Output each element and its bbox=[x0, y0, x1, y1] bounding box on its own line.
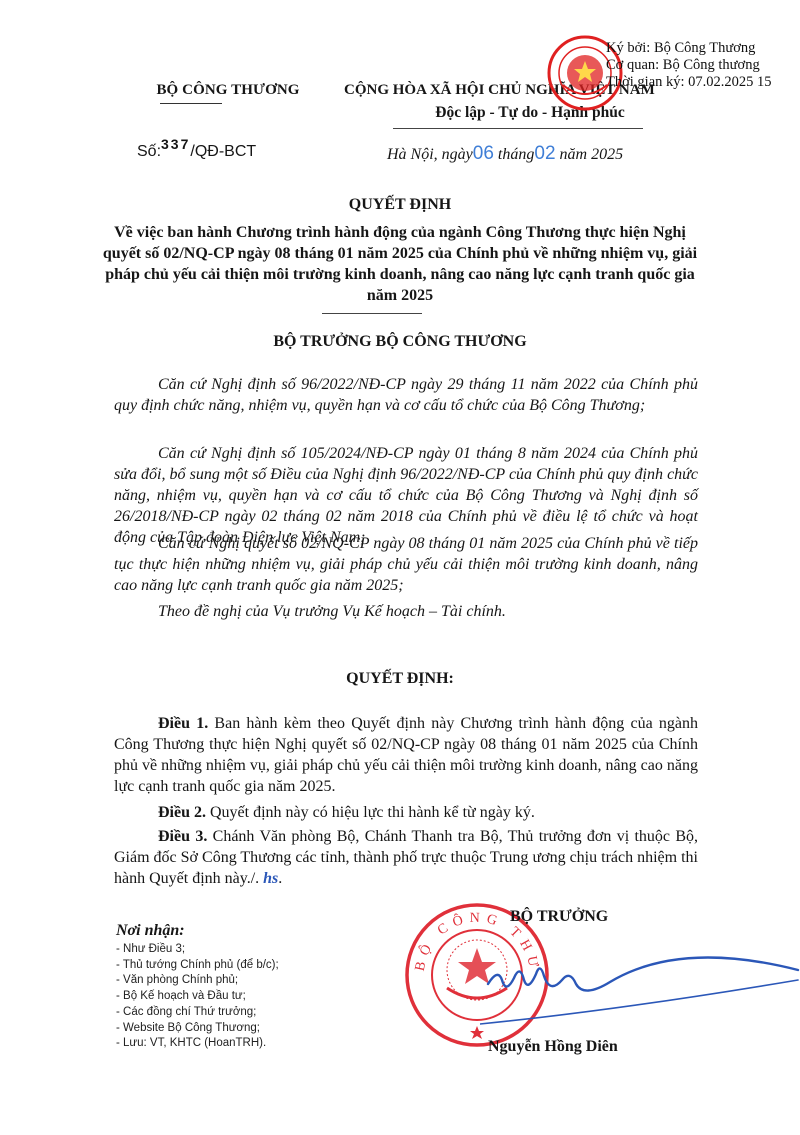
digital-signature-info: Ký bởi: Bộ Công Thương Cơ quan: Bộ Công … bbox=[606, 40, 772, 91]
recipient-item: - Website Bộ Công Thương; bbox=[116, 1021, 279, 1037]
signed-by: Ký bởi: Bộ Công Thương bbox=[606, 40, 772, 57]
signing-time: Thời gian ký: 07.02.2025 15 bbox=[606, 74, 772, 91]
issuing-authority: BỘ TRƯỞNG BỘ CÔNG THƯƠNG bbox=[0, 333, 800, 351]
issuing-organization: BỘ CÔNG THƯƠNG bbox=[118, 82, 338, 99]
preamble-paragraph: Căn cứ Nghị định số 96/2022/NĐ-CP ngày 2… bbox=[114, 374, 698, 416]
preamble-paragraph: Theo đề nghị của Vụ trưởng Vụ Kế hoạch –… bbox=[114, 601, 698, 622]
doc-number-label: Số: bbox=[137, 143, 161, 160]
article-label: Điều 1. bbox=[158, 715, 208, 732]
article-2: Điều 2. Quyết định này có hiệu lực thi h… bbox=[114, 802, 698, 823]
article-label: Điều 3. bbox=[158, 828, 207, 845]
signer-title: BỘ TRƯỞNG bbox=[510, 908, 608, 926]
date-month-label: tháng bbox=[498, 146, 534, 163]
date-day: 06 bbox=[473, 143, 494, 164]
document-title: QUYẾT ĐỊNH bbox=[0, 196, 800, 214]
date-prefix: Hà Nội, ngày bbox=[387, 146, 473, 163]
recipients-list: - Như Điều 3; - Thủ tướng Chính phủ (để … bbox=[116, 942, 279, 1052]
handwritten-signature-icon bbox=[480, 950, 800, 1040]
recipient-item: - Văn phòng Chính phủ; bbox=[116, 973, 279, 989]
signing-agency: Cơ quan: Bộ Công thương bbox=[606, 57, 772, 74]
recipient-item: - Lưu: VT, KHTC (HoanTRH). bbox=[116, 1036, 279, 1052]
issue-date: Hà Nội, ngày06 tháng02 năm 2025 bbox=[387, 143, 623, 165]
article-3: Điều 3. Chánh Văn phòng Bộ, Chánh Thanh … bbox=[114, 826, 698, 889]
recipient-item: - Thủ tướng Chính phủ (để b/c); bbox=[116, 958, 279, 974]
preamble-paragraph: Căn cứ Nghị quyết số 02/NQ-CP ngày 08 th… bbox=[114, 533, 698, 596]
recipients-title: Nơi nhận: bbox=[116, 922, 185, 940]
doc-number-suffix: /QĐ-BCT bbox=[190, 143, 256, 160]
decision-heading: QUYẾT ĐỊNH: bbox=[0, 670, 800, 688]
subject-underline bbox=[322, 313, 422, 314]
organization-underline bbox=[160, 103, 222, 104]
date-month: 02 bbox=[534, 143, 555, 164]
recipient-item: - Bộ Kế hoạch và Đầu tư; bbox=[116, 989, 279, 1005]
handwritten-initials: hs bbox=[263, 870, 278, 887]
article-text: Quyết định này có hiệu lực thi hành kể t… bbox=[206, 804, 535, 821]
document-subject: Về việc ban hành Chương trình hành động … bbox=[100, 222, 700, 306]
document-number: Số:337/QĐ-BCT bbox=[137, 143, 256, 161]
article-label: Điều 2. bbox=[158, 804, 206, 821]
recipient-item: - Như Điều 3; bbox=[116, 942, 279, 958]
article-1: Điều 1. Ban hành kèm theo Quyết định này… bbox=[114, 713, 698, 797]
motto-underline bbox=[393, 128, 643, 129]
date-year: năm 2025 bbox=[560, 146, 624, 163]
signer-name: Nguyễn Hồng Diên bbox=[488, 1038, 618, 1056]
doc-number-handwritten: 337 bbox=[161, 136, 190, 152]
recipient-item: - Các đồng chí Thứ trưởng; bbox=[116, 1005, 279, 1021]
